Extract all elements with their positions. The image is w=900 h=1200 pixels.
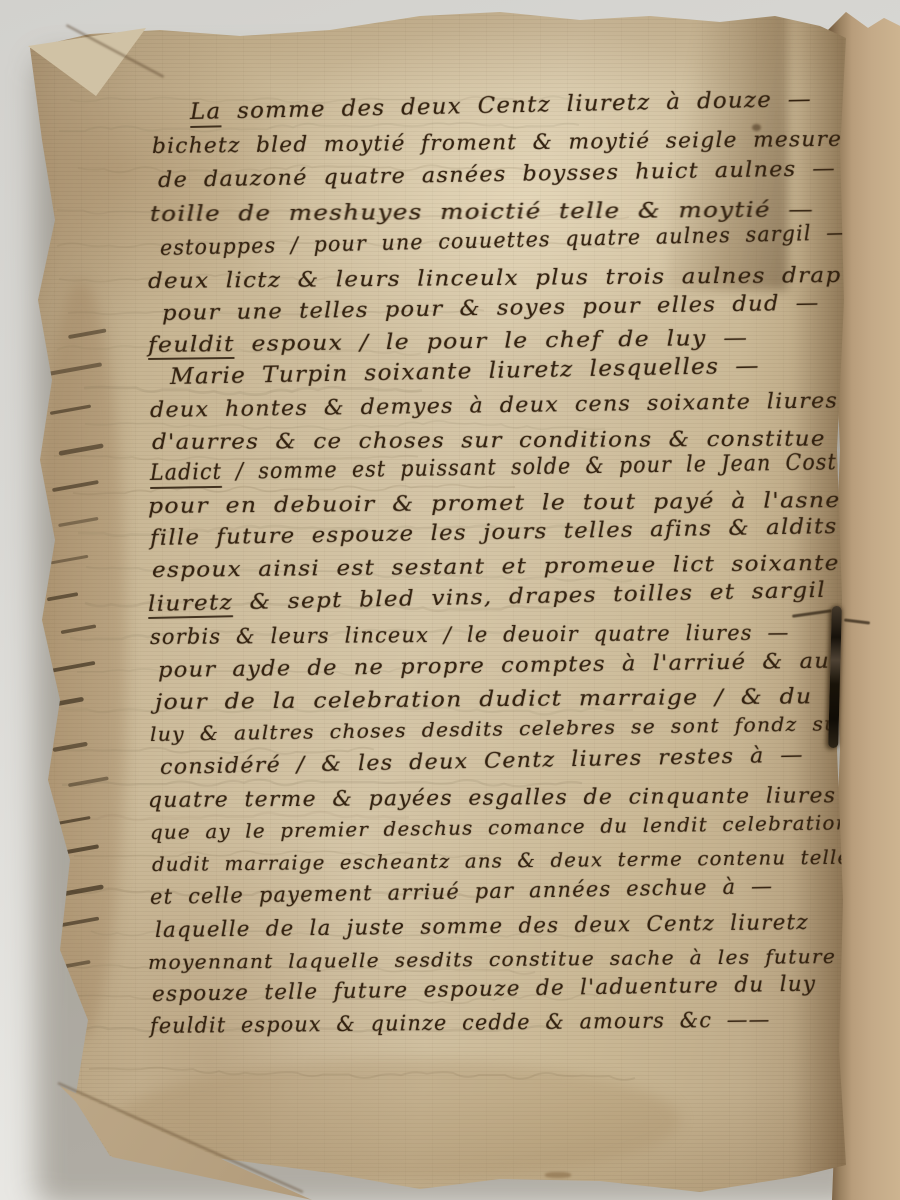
manuscript-line-20: luy & aultres choses desdits celebres se… (150, 711, 850, 746)
manuscript-line-29: feuldit espoux & quinze cedde & amours &… (150, 1008, 771, 1038)
manuscript-line-16: liuretz & sept bled vins, drapes toilles… (148, 578, 826, 616)
underlined-word: Ladict (150, 460, 222, 489)
manuscript-page: La somme des deux Centz liuretz à douze … (0, 0, 900, 1200)
photo-background: La somme des deux Centz liuretz à douze … (0, 0, 900, 1200)
manuscript-line-3: de dauzoné quatre asnées boysses huict a… (158, 156, 836, 192)
underlined-word: liuretz (148, 590, 234, 619)
manuscript-line-21: considéré / & les deux Centz liures rest… (160, 743, 804, 779)
underlined-word: La (190, 99, 222, 128)
manuscript-line-6: deux lictz & leurs linceulx plus trois a… (148, 263, 842, 293)
manuscript-line-9: Marie Turpin soixante liuretz lesquelles… (170, 354, 760, 390)
manuscript-line-22: quatre terme & payées esgalles de cinqua… (148, 783, 836, 812)
manuscript-line-5: estouppes / pour une couuettes quatre au… (160, 220, 848, 260)
manuscript-line-10: deux hontes & demyes à deux cens soixant… (150, 388, 838, 422)
manuscript-line-11: d'aurres & ce choses sur conditions & co… (152, 426, 826, 454)
manuscript-text: La somme des deux Centz liuretz à douze … (0, 0, 900, 1200)
underlined-word: feuldit (148, 332, 235, 360)
manuscript-line-1: La somme des deux Centz liuretz à douze … (190, 87, 812, 125)
manuscript-line-17: sorbis & leurs linceux / le deuoir quatr… (150, 621, 790, 649)
manuscript-line-23: que ay le premier deschus comance du len… (150, 810, 850, 844)
manuscript-line-19: jour de la celebration dudict marraige /… (155, 684, 813, 714)
manuscript-line-26: laquelle de la juste somme des deux Cent… (155, 910, 809, 942)
manuscript-line-4: toille de meshuyes moictié telle & moyti… (150, 197, 814, 226)
manuscript-line-18: pour ayde de ne propre comptes à l'arriu… (158, 649, 830, 682)
manuscript-line-2: bichetz bled moytié froment & moytié sei… (152, 127, 842, 158)
manuscript-line-27: moyennant laquelle sesdits constitue sac… (148, 944, 836, 974)
manuscript-line-14: fille future espouze les jours telles af… (150, 514, 838, 550)
manuscript-line-28: espouze telle future espouze de l'aduent… (152, 972, 817, 1006)
manuscript-line-24: dudit marraige escheantz ans & deux term… (152, 845, 851, 876)
manuscript-line-8: feuldit espoux / le pour le chef de luy … (148, 326, 749, 357)
manuscript-line-25: et celle payement arriué par années esch… (150, 874, 774, 909)
manuscript-line-15: espoux ainsi est sestant et promeue lict… (152, 551, 840, 582)
manuscript-line-7: pour une telles pour & soyes pour elles … (162, 291, 820, 325)
manuscript-line-12: Ladict / somme est puissant solde & pour… (150, 450, 850, 486)
manuscript-line-13: pour en debuoir & promet le tout payé à … (148, 488, 841, 518)
